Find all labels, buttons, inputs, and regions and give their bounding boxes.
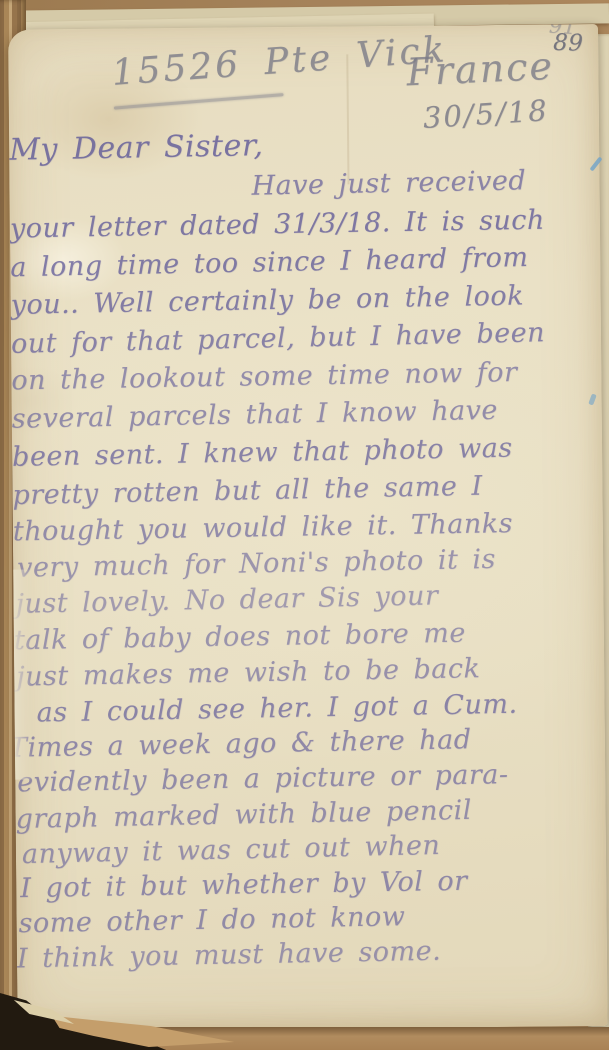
letter-line: been sent. I knew that photo was bbox=[12, 433, 513, 473]
salutation: My Dear Sister, bbox=[9, 128, 264, 168]
letter-line: as I could see her. I got a Cum. bbox=[36, 689, 518, 729]
pencil-underline bbox=[114, 93, 284, 109]
letter-line: on the lookout some time now for bbox=[11, 357, 517, 396]
page-number: 89 bbox=[553, 30, 584, 57]
letter-page: 91 89 15526 Pte Vick France 30/5/18 My D… bbox=[8, 24, 608, 1032]
letter-line: you.. Well certainly be on the look bbox=[10, 280, 524, 320]
letter-line: graph marked with blue pencil bbox=[15, 795, 472, 835]
letter-line: just lovely. No dear Sis your bbox=[15, 580, 438, 619]
letter-line: I got it but whether by Vol or bbox=[20, 866, 468, 904]
letter-line: your letter dated 31/3/18. It is such bbox=[10, 205, 545, 245]
letter-line: several parcels that I know have bbox=[11, 395, 498, 435]
worn-margin-patch bbox=[13, 569, 33, 779]
letter-photograph: 91 89 15526 Pte Vick France 30/5/18 My D… bbox=[0, 0, 609, 1050]
header-location: France bbox=[406, 44, 555, 95]
letter-line: a long time too since I heard from bbox=[10, 242, 529, 283]
letter-line: evidently been a picture or para- bbox=[17, 759, 509, 798]
header-service-number: 15526 Pte Vick bbox=[110, 29, 448, 94]
letter-line: anyway it was cut out when bbox=[22, 830, 441, 870]
letter-line: just makes me wish to be back bbox=[16, 653, 481, 693]
letter-line: thought you would like it. Thanks bbox=[13, 508, 514, 547]
letter-line: Times a week ago & there had bbox=[9, 724, 472, 763]
header-date: 30/5/18 bbox=[422, 93, 550, 135]
letter-line: I think you must have some. bbox=[17, 936, 442, 975]
letter-line: very much for Noni's photo it is bbox=[17, 544, 496, 584]
letter-line: out for that parcel, but I have been bbox=[11, 317, 546, 360]
letter-line: pretty rotten but all the same I bbox=[12, 471, 483, 511]
opening-line: Have just received bbox=[251, 165, 526, 202]
letter-line: some other I do not know bbox=[18, 901, 405, 939]
letter-line: talk of baby does not bore me bbox=[14, 618, 466, 656]
